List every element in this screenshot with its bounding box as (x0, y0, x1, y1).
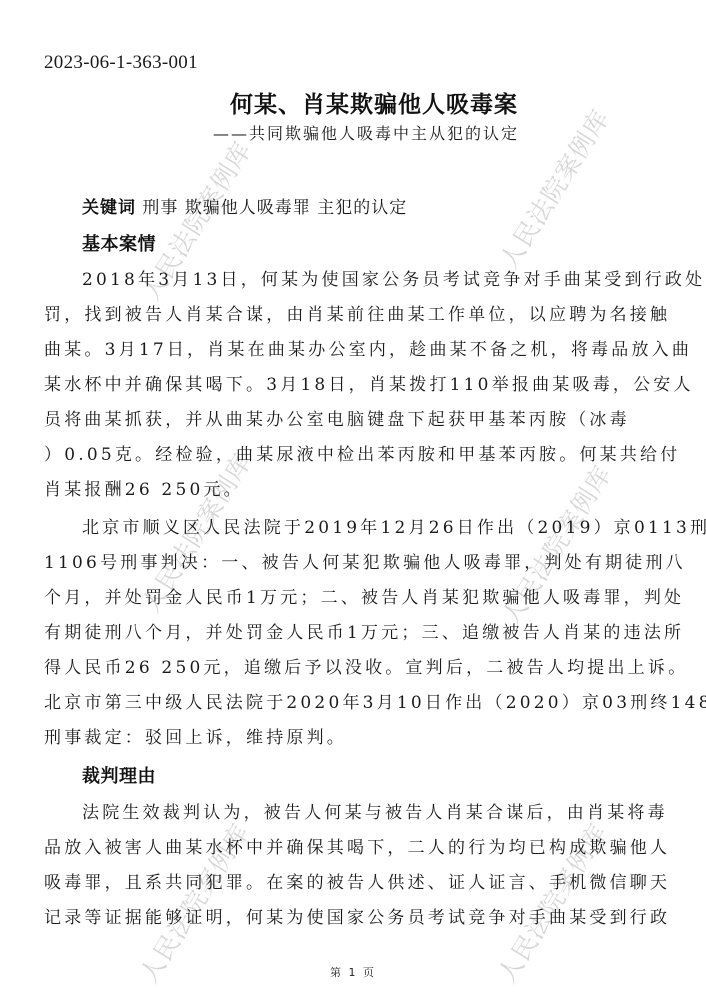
paragraph-line: 品放入被害人曲某水杯中并确保其喝下，二人的行为均已构成欺骗他人 (44, 833, 664, 858)
section-heading-reasoning: 裁判理由 (82, 762, 156, 788)
paragraph-line: 刑事裁定：驳回上诉，维持原判。 (44, 723, 664, 748)
paragraph-line: 肖某报酬26 250元。 (44, 475, 664, 500)
paragraph-line: ）0.05克。经检验，曲某尿液中检出苯丙胺和甲基苯丙胺。何某共给付 (44, 440, 664, 465)
paragraph-line: 2018年3月13日，何某为使国家公务员考试竞争对手曲某受到行政处 (82, 265, 664, 290)
paragraph-line: 罚，找到被告人肖某合谋，由肖某前往曲某工作单位，以应聘为名接触 (44, 300, 664, 325)
paragraph-line: 曲某。3月17日，肖某在曲某办公室内，趁曲某不备之机，将毒品放入曲 (44, 335, 664, 360)
paragraph-line: 法院生效裁判认为，被告人何某与被告人肖某合谋后，由肖某将毒 (82, 798, 664, 823)
paragraph-line: 个月，并处罚金人民币1万元；二、被告人肖某犯欺骗他人吸毒罪，判处 (44, 583, 664, 608)
case-number: 2023-06-1-363-001 (44, 52, 198, 74)
page-number: 第 1 页 (0, 964, 706, 980)
paragraph-line: 得人民币26 250元，追缴后予以没收。宣判后，二被告人均提出上诉。 (44, 653, 664, 678)
keywords-label: 关键词 (82, 198, 136, 218)
paragraph-line: 北京市顺义区人民法院于2019年12月26日作出（2019）京0113刑初 (82, 513, 664, 538)
paragraph-line: 北京市第三中级人民法院于2020年3月10日作出（2020）京03刑终148号 (44, 688, 664, 713)
paragraph-line: 1106号刑事判决：一、被告人何某犯欺骗他人吸毒罪，判处有期徒刑八 (44, 548, 664, 573)
document-title: 何某、肖某欺骗他人吸毒案 (0, 86, 706, 119)
paragraph-line: 记录等证据能够证明，何某为使国家公务员考试竞争对手曲某受到行政 (44, 903, 664, 928)
section-heading-basic-facts: 基本案情 (82, 230, 156, 256)
paragraph-line: 吸毒罪，且系共同犯罪。在案的被告人供述、证人证言、手机微信聊天 (44, 868, 664, 893)
keywords-line: 关键词 刑事 欺骗他人吸毒罪 主犯的认定 (82, 193, 407, 218)
paragraph-line: 员将曲某抓获，并从曲某办公室电脑键盘下起获甲基苯丙胺（冰毒 (44, 405, 664, 430)
paragraph-line: 某水杯中并确保其喝下。3月18日，肖某拨打110举报曲某吸毒，公安人 (44, 370, 664, 395)
document-subtitle: ——共同欺骗他人吸毒中主从犯的认定 (213, 121, 519, 144)
paragraph-line: 有期徒刑八个月，并处罚金人民币1万元；三、追缴被告人肖某的违法所 (44, 618, 664, 643)
keywords-values: 刑事 欺骗他人吸毒罪 主犯的认定 (142, 198, 407, 218)
document-page: 人民法院案例库 人民法院案例库 人民法院案例库 人民法院案例库 人民法院案例库 … (0, 0, 706, 999)
